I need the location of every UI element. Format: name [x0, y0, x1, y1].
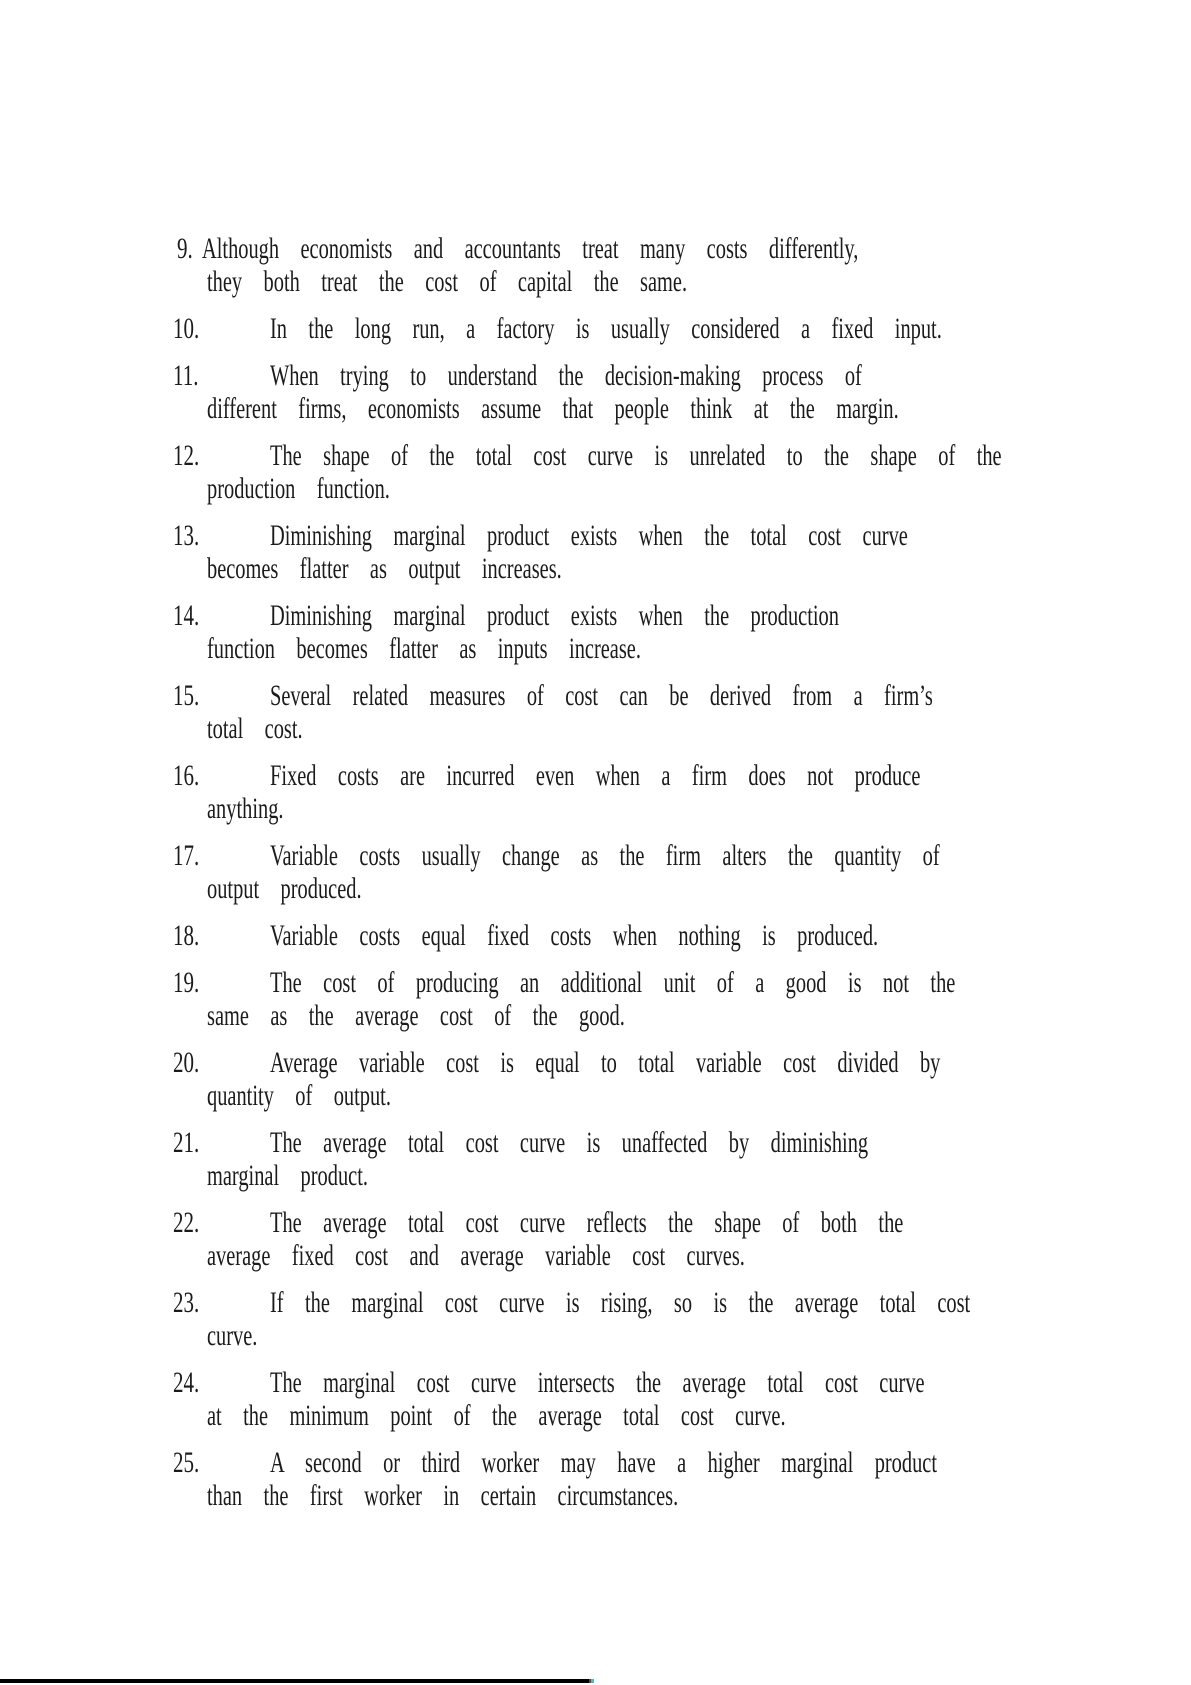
- item-line: quantity of output.: [207, 1079, 796, 1112]
- footer-rule-black-segment: [0, 1679, 589, 1683]
- question-item: 20. Average variable cost is equal to to…: [173, 1046, 1073, 1112]
- item-line: The average total cost curve reflects th…: [270, 1206, 816, 1239]
- item-number: 17.: [173, 839, 199, 872]
- item-line: average fixed cost and average variable …: [207, 1239, 796, 1272]
- item-line: curve.: [207, 1319, 796, 1352]
- item-number: 25.: [173, 1446, 199, 1479]
- item-number: 20.: [173, 1046, 199, 1079]
- item-line: The average total cost curve is unaffect…: [270, 1126, 816, 1159]
- item-number: 24.: [173, 1366, 199, 1399]
- item-number: 23.: [173, 1286, 199, 1319]
- item-number: 18.: [173, 919, 199, 952]
- question-item: 11. When trying to understand the decisi…: [173, 359, 1073, 425]
- question-item: 24. The marginal cost curve intersects t…: [173, 1366, 1073, 1432]
- item-line: same as the average cost of the good.: [207, 999, 796, 1032]
- question-item: 13. Diminishing marginal product exists …: [173, 519, 1073, 585]
- item-line: Several related measures of cost can be …: [270, 679, 816, 712]
- item-line: In the long run, a factory is usually co…: [270, 312, 816, 345]
- question-item: 25. A second or third worker may have a …: [173, 1446, 1073, 1512]
- document-page: 9. Although economists and accountants t…: [0, 0, 1191, 1685]
- item-line: Diminishing marginal product exists when…: [270, 519, 816, 552]
- item-number: 19.: [173, 966, 199, 999]
- footer-rule: [0, 1679, 594, 1683]
- item-line: marginal product.: [207, 1159, 796, 1192]
- question-item: 23. If the marginal cost curve is rising…: [173, 1286, 1073, 1352]
- item-line: If the marginal cost curve is rising, so…: [270, 1286, 816, 1319]
- question-list: 9. Although economists and accountants t…: [173, 232, 1073, 1526]
- item-number: 15.: [173, 679, 199, 712]
- footer-rule-cyan-tip: [591, 1679, 594, 1683]
- item-line: total cost.: [207, 712, 796, 745]
- question-item: 12. The shape of the total cost curve is…: [173, 439, 1073, 505]
- item-line: Variable costs usually change as the fir…: [270, 839, 816, 872]
- item-number: 13.: [173, 519, 199, 552]
- question-item: 18. Variable costs equal fixed costs whe…: [173, 919, 1073, 952]
- item-line: than the first worker in certain circums…: [207, 1479, 796, 1512]
- item-line: When trying to understand the decision-m…: [270, 359, 816, 392]
- item-line: Although economists and accountants trea…: [202, 232, 794, 265]
- item-line: different firms, economists assume that …: [207, 392, 796, 425]
- item-line: A second or third worker may have a high…: [270, 1446, 816, 1479]
- question-item: 9. Although economists and accountants t…: [173, 232, 1073, 298]
- item-line: The cost of producing an additional unit…: [270, 966, 816, 999]
- item-line: Diminishing marginal product exists when…: [270, 599, 816, 632]
- question-item: 17. Variable costs usually change as the…: [173, 839, 1073, 905]
- item-number: 22.: [173, 1206, 199, 1239]
- item-number: 10.: [173, 312, 199, 345]
- question-item: 16. Fixed costs are incurred even when a…: [173, 759, 1073, 825]
- question-item: 14. Diminishing marginal product exists …: [173, 599, 1073, 665]
- item-number: 9.: [177, 232, 193, 265]
- item-line: function becomes flatter as inputs incre…: [207, 632, 796, 665]
- item-line: Variable costs equal fixed costs when no…: [270, 919, 816, 952]
- item-line: production function.: [207, 472, 796, 505]
- item-number: 12.: [173, 439, 199, 472]
- item-line: they both treat the cost of capital the …: [207, 265, 796, 298]
- question-item: 21. The average total cost curve is unaf…: [173, 1126, 1073, 1192]
- item-line: Average variable cost is equal to total …: [270, 1046, 816, 1079]
- item-number: 16.: [173, 759, 199, 792]
- item-line: becomes flatter as output increases.: [207, 552, 796, 585]
- question-item: 19. The cost of producing an additional …: [173, 966, 1073, 1032]
- question-item: 22. The average total cost curve reflect…: [173, 1206, 1073, 1272]
- item-number: 14.: [173, 599, 199, 632]
- item-number: 21.: [173, 1126, 199, 1159]
- item-line: Fixed costs are incurred even when a fir…: [270, 759, 816, 792]
- question-item: 15. Several related measures of cost can…: [173, 679, 1073, 745]
- item-number: 11.: [173, 359, 198, 392]
- item-line: The marginal cost curve intersects the a…: [270, 1366, 816, 1399]
- item-line: at the minimum point of the average tota…: [207, 1399, 796, 1432]
- question-item: 10. In the long run, a factory is usuall…: [173, 312, 1073, 345]
- item-line: The shape of the total cost curve is unr…: [270, 439, 816, 472]
- item-line: output produced.: [207, 872, 796, 905]
- item-line: anything.: [207, 792, 796, 825]
